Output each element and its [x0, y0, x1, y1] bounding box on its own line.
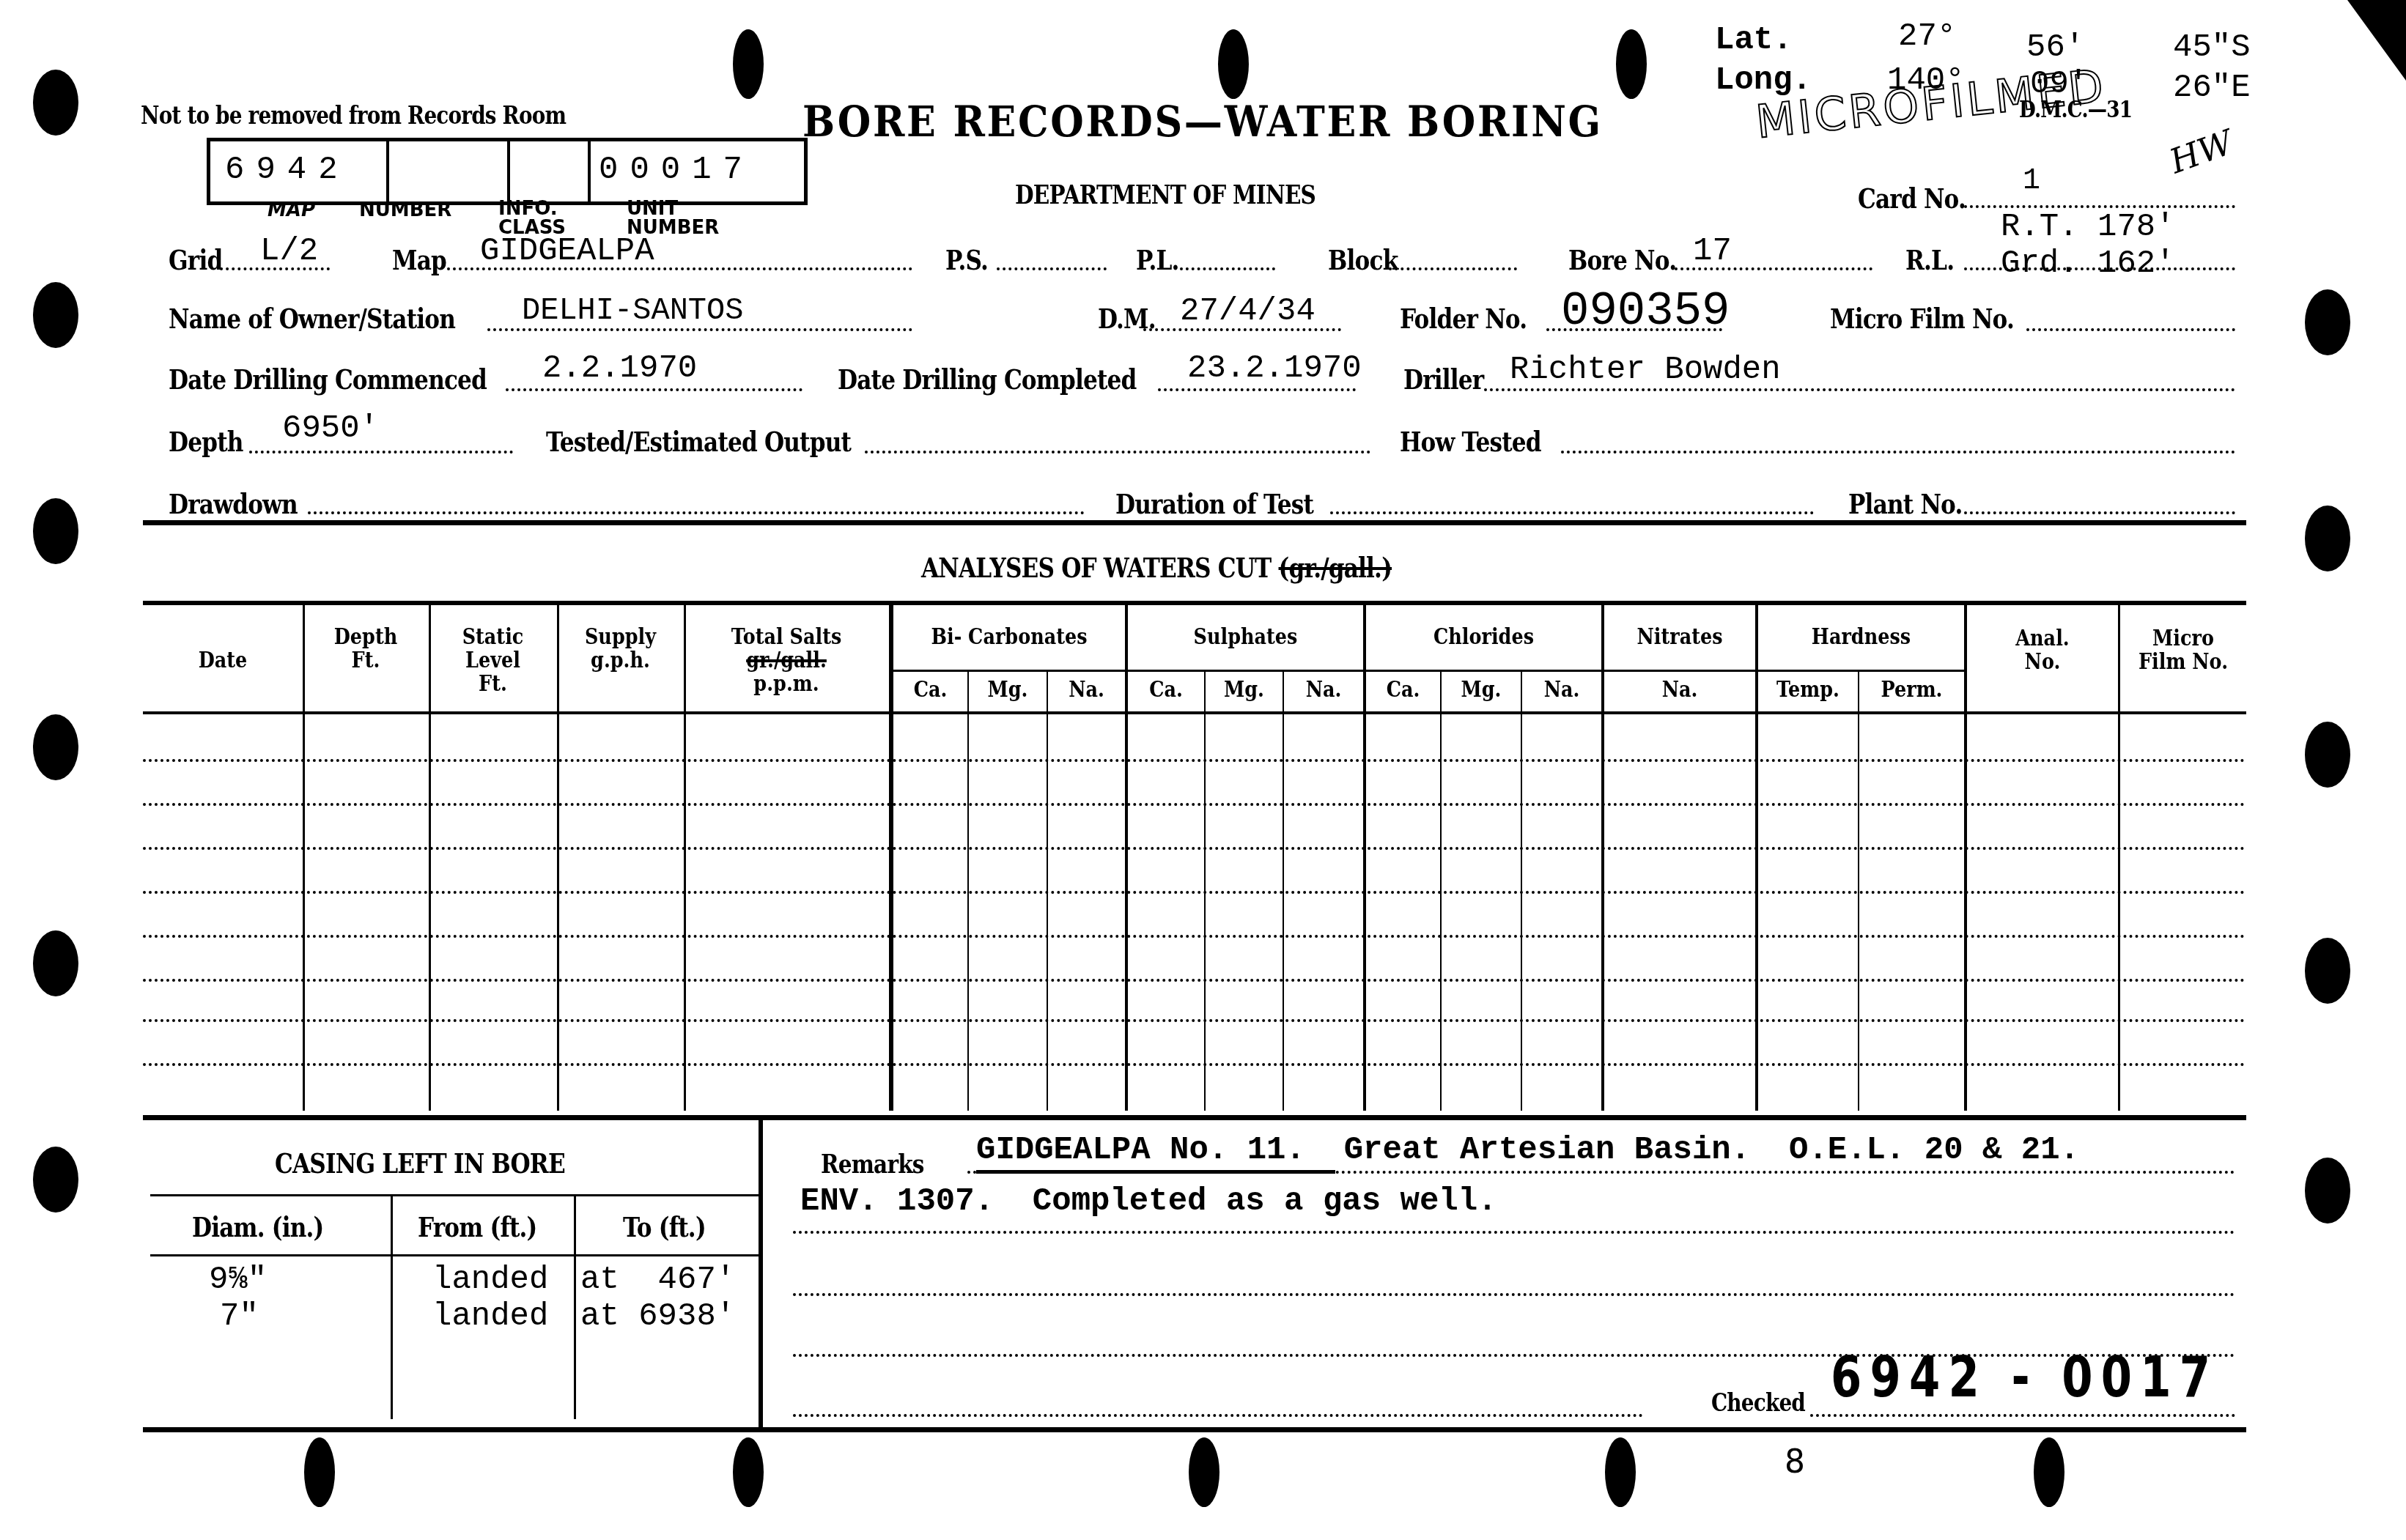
how-tested-label: How Tested — [1400, 425, 1541, 458]
owner-value[interactable]: DELHI-SANTOS — [522, 293, 743, 328]
col-total-salts-line1: Total Salts — [731, 624, 842, 650]
col-micro-line1: Micro — [2152, 626, 2214, 651]
punch-hole — [33, 70, 78, 136]
col-static-line1: Static — [462, 624, 524, 650]
punch-hole — [33, 498, 78, 564]
checked-value: 6942 - 0017 — [1831, 1344, 2218, 1410]
map-value[interactable]: GIDGEALPA — [480, 233, 654, 270]
col-hardness-perm: Perm. — [1867, 678, 1957, 702]
code-boxes: 6942 00017 — [207, 138, 808, 205]
col-bicarb-na: Na. — [1054, 678, 1119, 702]
col-sulphates: Sulphates — [1145, 626, 1346, 649]
punch-hole — [733, 1437, 764, 1507]
plant-no-label: Plant No. — [1848, 487, 1963, 520]
clipped-corner — [2347, 0, 2406, 81]
col-depth-line1: Depth — [334, 624, 397, 650]
table-row[interactable] — [143, 1019, 2246, 1022]
long-seconds: 26"E — [2173, 70, 2251, 106]
col-chlor-ca: Ca. — [1372, 678, 1435, 702]
depth-value[interactable]: 6950' — [282, 410, 379, 447]
col-static-line3: Ft. — [479, 671, 507, 697]
col-supply-line1: Supply — [585, 624, 656, 650]
table-row[interactable] — [143, 847, 2246, 850]
map-label: MAP — [267, 199, 315, 221]
col-total-salts-ppm: p.p.m. — [753, 671, 819, 697]
analyses-title-struck: (gr./gall.) — [1279, 551, 1392, 584]
col-anal-no: Anal.No. — [1978, 627, 2106, 674]
lat-degrees: 27° — [1898, 18, 1956, 55]
form-code: D.M.C.—31 — [2019, 95, 2132, 123]
pl-label: P.L. — [1136, 243, 1179, 276]
col-depth: DepthFt. — [312, 626, 419, 673]
punch-hole — [2305, 289, 2350, 355]
punch-hole — [2305, 1158, 2350, 1224]
records-room-notice: Not to be removed from Records Room — [141, 101, 566, 130]
col-total-salts-struck: gr./gall. — [746, 648, 827, 673]
punch-hole — [2305, 506, 2350, 571]
col-micro-line2: Film No. — [2139, 649, 2228, 675]
casing-row-1-diam: 9⅝" — [209, 1262, 267, 1298]
punch-hole — [33, 714, 78, 780]
col-chlor-mg: Mg. — [1447, 678, 1515, 702]
punch-hole — [1189, 1437, 1219, 1507]
col-supply-line2: g.p.h. — [591, 648, 650, 673]
col-date: Date — [155, 649, 290, 673]
department-name: DEPARTMENT OF MINES — [1015, 179, 1315, 210]
col-micro-film-no: MicroFilm No. — [2130, 627, 2237, 674]
punch-hole — [733, 29, 764, 99]
casing-col-diam: Diam. (in.) — [192, 1210, 324, 1243]
col-chlorides: Chlorides — [1384, 626, 1584, 649]
tested-output-label: Tested/Estimated Output — [546, 425, 851, 458]
casing-row-2-from: landed — [432, 1298, 548, 1335]
punch-hole — [1616, 29, 1647, 99]
rl-grd-value[interactable]: Grd. 162' — [2001, 245, 2175, 282]
folder-no-label: Folder No. — [1400, 302, 1527, 335]
grid-value[interactable]: L/2 — [260, 233, 318, 270]
duration-label: Duration of Test — [1115, 487, 1313, 520]
punch-hole — [2305, 938, 2350, 1004]
table-row[interactable] — [143, 979, 2246, 982]
col-sulph-na: Na. — [1290, 678, 1357, 702]
depth-label: Depth — [169, 425, 243, 458]
page-title: BORE RECORDS—WATER BORING — [802, 97, 1603, 147]
col-depth-line2: Ft. — [352, 648, 380, 673]
col-nitrates-na: Na. — [1615, 678, 1743, 702]
date-completed-value[interactable]: 23.2.1970 — [1187, 350, 1362, 387]
driller-value[interactable]: Richter Bowden — [1510, 352, 1781, 388]
casing-row-2-to: at 6938' — [580, 1298, 735, 1335]
driller-label: Driller — [1403, 363, 1483, 396]
checked-label: Checked — [1711, 1388, 1805, 1418]
casing-col-from: From (ft.) — [418, 1210, 537, 1243]
analyses-title: ANALYSES OF WATERS CUT (gr./gall.) — [921, 551, 1392, 584]
bore-no-value[interactable]: 17 — [1693, 233, 1732, 270]
punch-hole — [33, 282, 78, 348]
micro-film-no-label: Micro Film No. — [1830, 302, 2014, 335]
ps-label: P.S. — [945, 243, 988, 276]
unit-number-label: UNIT NUMBER — [627, 199, 722, 237]
col-bicarb-ca: Ca. — [899, 678, 962, 702]
rl-label: R.L. — [1905, 243, 1954, 276]
lat-minutes: 56' — [2026, 29, 2084, 66]
analyses-table: Date DepthFt. StaticLevelFt. Supplyg.p.h… — [143, 605, 2246, 1118]
col-hardness: Hardness — [1774, 626, 1949, 649]
block-label: Block — [1328, 243, 1398, 276]
punch-hole — [2305, 722, 2350, 788]
map-field-label: Map — [392, 243, 446, 276]
col-bicarb-mg: Mg. — [975, 678, 1041, 702]
col-sulph-ca: Ca. — [1134, 678, 1198, 702]
bore-no-label: Bore No. — [1568, 243, 1676, 276]
remarks-line-1[interactable]: GIDGEALPA No. 11. Great Artesian Basin. … — [976, 1132, 2079, 1169]
owner-label: Name of Owner/Station — [169, 302, 455, 335]
col-total-salts: Total Saltsgr./gall.p.p.m. — [699, 626, 874, 696]
col-hardness-temp: Temp. — [1765, 678, 1850, 702]
map-number-box: 6942 — [225, 152, 350, 188]
table-row[interactable] — [143, 935, 2246, 938]
casing-col-to: To (ft.) — [623, 1210, 706, 1243]
drawdown-label: Drawdown — [169, 487, 298, 520]
card-no-label: Card No. — [1858, 182, 1966, 215]
punch-hole — [33, 1147, 78, 1213]
col-anal-no-line2: No. — [2025, 649, 2061, 675]
date-completed-label: Date Drilling Completed — [838, 363, 1137, 396]
casing-title: CASING LEFT IN BORE — [275, 1147, 565, 1180]
punch-hole — [304, 1437, 335, 1507]
punch-hole — [33, 930, 78, 996]
col-anal-no-line1: Anal. — [2015, 626, 2069, 651]
punch-hole — [1218, 29, 1249, 99]
casing-row-2-diam: 7" — [220, 1298, 259, 1335]
lat-seconds: 45"S — [2173, 29, 2251, 66]
info-class-label: INFO. CLASS — [498, 199, 579, 237]
grid-label: Grid — [169, 243, 222, 276]
remarks-line-2[interactable]: ENV. 1307. Completed as a gas well. — [800, 1183, 1497, 1220]
date-commenced-value[interactable]: 2.2.1970 — [542, 350, 697, 387]
col-sulph-mg: Mg. — [1211, 678, 1277, 702]
rl-rt-value[interactable]: R.T. 178' — [2001, 209, 2175, 245]
col-static-line2: Level — [465, 648, 520, 673]
col-nitrates: Nitrates — [1615, 626, 1743, 649]
col-static-level: StaticLevelFt. — [438, 626, 547, 696]
table-row[interactable] — [143, 891, 2246, 894]
page-number: 8 — [1785, 1443, 1805, 1481]
table-row[interactable] — [143, 759, 2246, 762]
dm-value[interactable]: 27/4/34 — [1180, 293, 1315, 330]
col-chlor-na: Na. — [1528, 678, 1595, 702]
table-row[interactable] — [143, 803, 2246, 806]
unit-number-box: 00017 — [599, 152, 754, 188]
card-no-value[interactable]: 1 — [2023, 165, 2040, 198]
remarks-label: Remarks — [821, 1149, 924, 1180]
col-supply: Supplyg.p.h. — [567, 626, 674, 673]
col-bicarbonates: Bi- Carbonates — [911, 626, 1108, 649]
table-row[interactable] — [143, 1063, 2246, 1066]
punch-hole — [2034, 1437, 2064, 1507]
folder-no-value[interactable]: 090359 — [1561, 286, 1730, 338]
analyses-title-text: ANALYSES OF WATERS CUT — [921, 551, 1271, 584]
casing-row-1-from: landed — [432, 1262, 548, 1298]
date-commenced-label: Date Drilling Commenced — [169, 363, 487, 396]
punch-hole — [1605, 1437, 1636, 1507]
number-label: NUMBER — [359, 199, 451, 221]
initials-signature: HW — [2164, 122, 2238, 182]
lat-label: Lat. — [1715, 22, 1793, 59]
casing-row-1-to: at 467' — [580, 1262, 735, 1298]
